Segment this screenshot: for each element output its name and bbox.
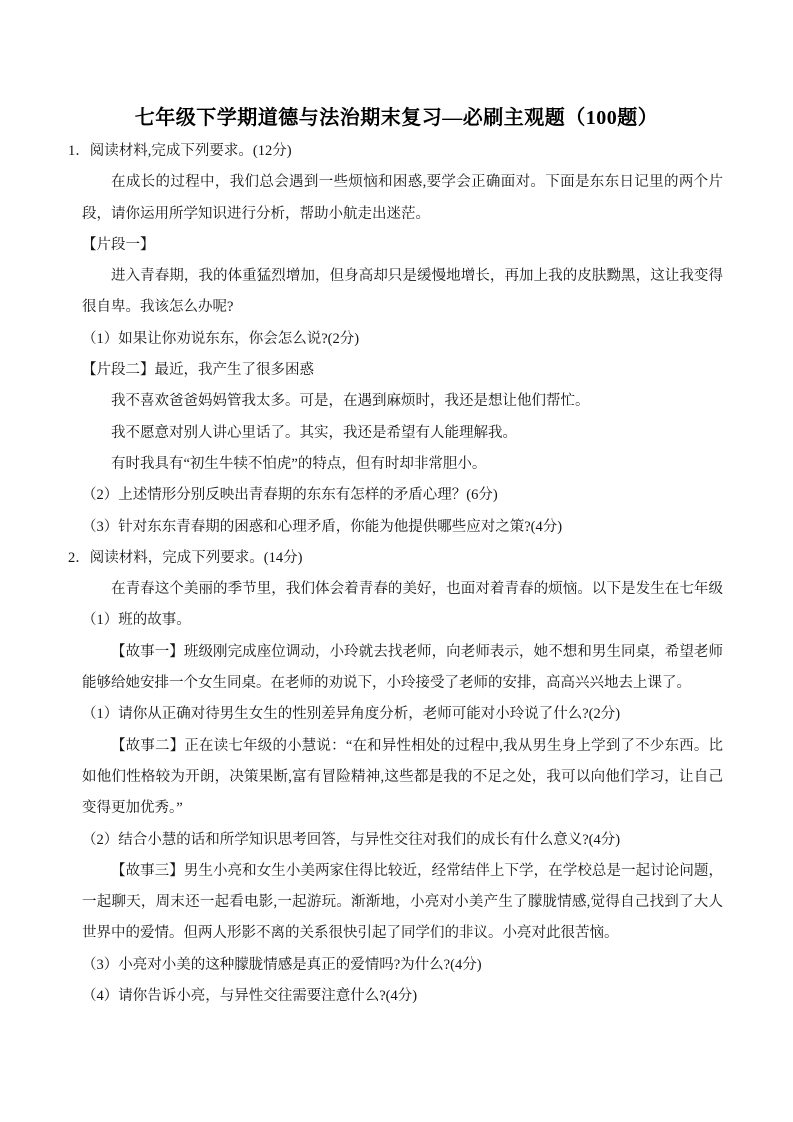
paragraph: 进入青春期，我的体重猛烈增加，但身高却只是缓慢地增长，再加上我的皮肤黝黑，这让我… bbox=[82, 261, 723, 324]
sub-question: （1）请你从正确对待男生女生的性别差异角度分析，老师可能对小玲说了什么?(2分) bbox=[82, 699, 723, 730]
question-heading: 1．阅读材料,完成下列要求。(12分) bbox=[68, 136, 723, 167]
paragraph: 【故事一】班级刚完成座位调动，小玲就去找老师，向老师表示，她不想和男生同桌，希望… bbox=[82, 637, 723, 700]
paragraph: 我不愿意对别人讲心里话了。其实，我还是希望有人能理解我。 bbox=[82, 418, 723, 449]
document-title: 七年级下学期道德与法治期末复习—必刷主观题（100题） bbox=[0, 100, 793, 136]
section-label: 【片段二】最近，我产生了很多困惑 bbox=[82, 355, 723, 386]
paragraph: 在青春这个美丽的季节里，我们体会着青春的美好，也面对着青春的烦恼。以下是发生在七… bbox=[82, 574, 723, 637]
document-page: 七年级下学期道德与法治期末复习—必刷主观题（100题） 1．阅读材料,完成下列要… bbox=[0, 0, 793, 1122]
paragraph: 我不喜欢爸爸妈妈管我太多。可是，在遇到麻烦时，我还是想让他们帮忙。 bbox=[82, 386, 723, 417]
section-label: 【片段一】 bbox=[82, 230, 723, 261]
sub-question: （2）结合小慧的话和所学知识思考回答，与异性交往对我们的成长有什么意义?(4分) bbox=[82, 825, 723, 856]
document-body: 1．阅读材料,完成下列要求。(12分)在成长的过程中，我们总会遇到一些烦恼和困惑… bbox=[0, 136, 793, 1012]
sub-question: （4）请你告诉小亮，与异性交往需要注意什么?(4分) bbox=[82, 981, 723, 1012]
sub-question: （3）针对东东青春期的困惑和心理矛盾，你能为他提供哪些应对之策?(4分) bbox=[82, 512, 723, 543]
paragraph: 【故事二】正在读七年级的小慧说：“在和异性相处的过程中,我从男生身上学到了不少东… bbox=[82, 731, 723, 825]
sub-question: （3）小亮对小美的这种朦胧情感是真正的爱情吗?为什么?(4分) bbox=[82, 950, 723, 981]
question-heading: 2．阅读材料，完成下列要求。(14分) bbox=[68, 543, 723, 574]
paragraph: 【故事三】男生小亮和女生小美两家住得比较近，经常结伴上下学，在学校总是一起讨论问… bbox=[82, 856, 723, 950]
sub-question: （1）如果让你劝说东东，你会怎么说?(2分) bbox=[82, 324, 723, 355]
sub-question: （2）上述情形分别反映出青春期的东东有怎样的矛盾心理？(6分) bbox=[82, 480, 723, 511]
paragraph: 有时我具有“初生牛犊不怕虎”的特点，但有时却非常胆小。 bbox=[82, 449, 723, 480]
paragraph: 在成长的过程中，我们总会遇到一些烦恼和困惑,要学会正确面对。下面是东东日记里的两… bbox=[82, 167, 723, 230]
